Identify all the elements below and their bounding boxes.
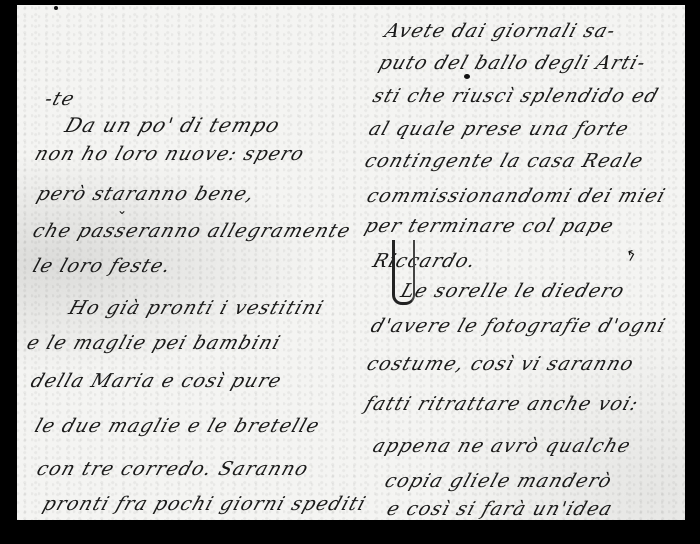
text-line: fatti ritrattare anche voi: (362, 393, 642, 415)
text-line: contingente la casa Reale (362, 150, 647, 172)
text-line: non ho loro nuove: spero (32, 143, 308, 165)
text-line: Ho già pronti i vestitini (66, 297, 327, 319)
text-line: della Maria e così pure (28, 370, 285, 392)
text-line: Le sorelle le diedero (398, 280, 628, 302)
text-line: Riccardo. (370, 250, 479, 272)
text-line: copia gliele manderò (382, 470, 615, 492)
text-line: sti che riuscì splendido ed (370, 85, 662, 107)
text-line: al quale prese una forte (366, 118, 632, 140)
text-line: puto del ballo degli Arti- (376, 52, 649, 74)
ink-bracket-mark (392, 240, 415, 305)
ink-tick-mark: ⌄ (117, 203, 127, 217)
text-line: che passeranno allegramente (30, 220, 354, 242)
text-line: e le maglie pei bambini (24, 332, 284, 354)
text-line: le due maglie e le bretelle (32, 415, 323, 437)
text-line: per terminare col pape (362, 215, 617, 237)
text-line: Avete dai giornali sa- (382, 20, 619, 42)
text-line: però staranno bene, (34, 183, 258, 205)
text-line: e così si farà un'idea (384, 498, 616, 520)
text-line: costume, così vi saranno (364, 353, 637, 375)
text-line: pronti fra pochi giorni spediti (40, 493, 369, 515)
text-line: commissionandomi dei miei (364, 185, 669, 207)
ink-blot (464, 74, 470, 79)
text-line: con tre corredo. Saranno (34, 458, 312, 480)
text-line: d'avere le fotografie d'ogni (368, 315, 669, 337)
text-line: Da un po' di tempo (62, 113, 284, 137)
text-line: appena ne avrò qualche (370, 435, 634, 457)
text-line: le loro feste. (30, 255, 174, 277)
ink-blot (54, 6, 58, 10)
